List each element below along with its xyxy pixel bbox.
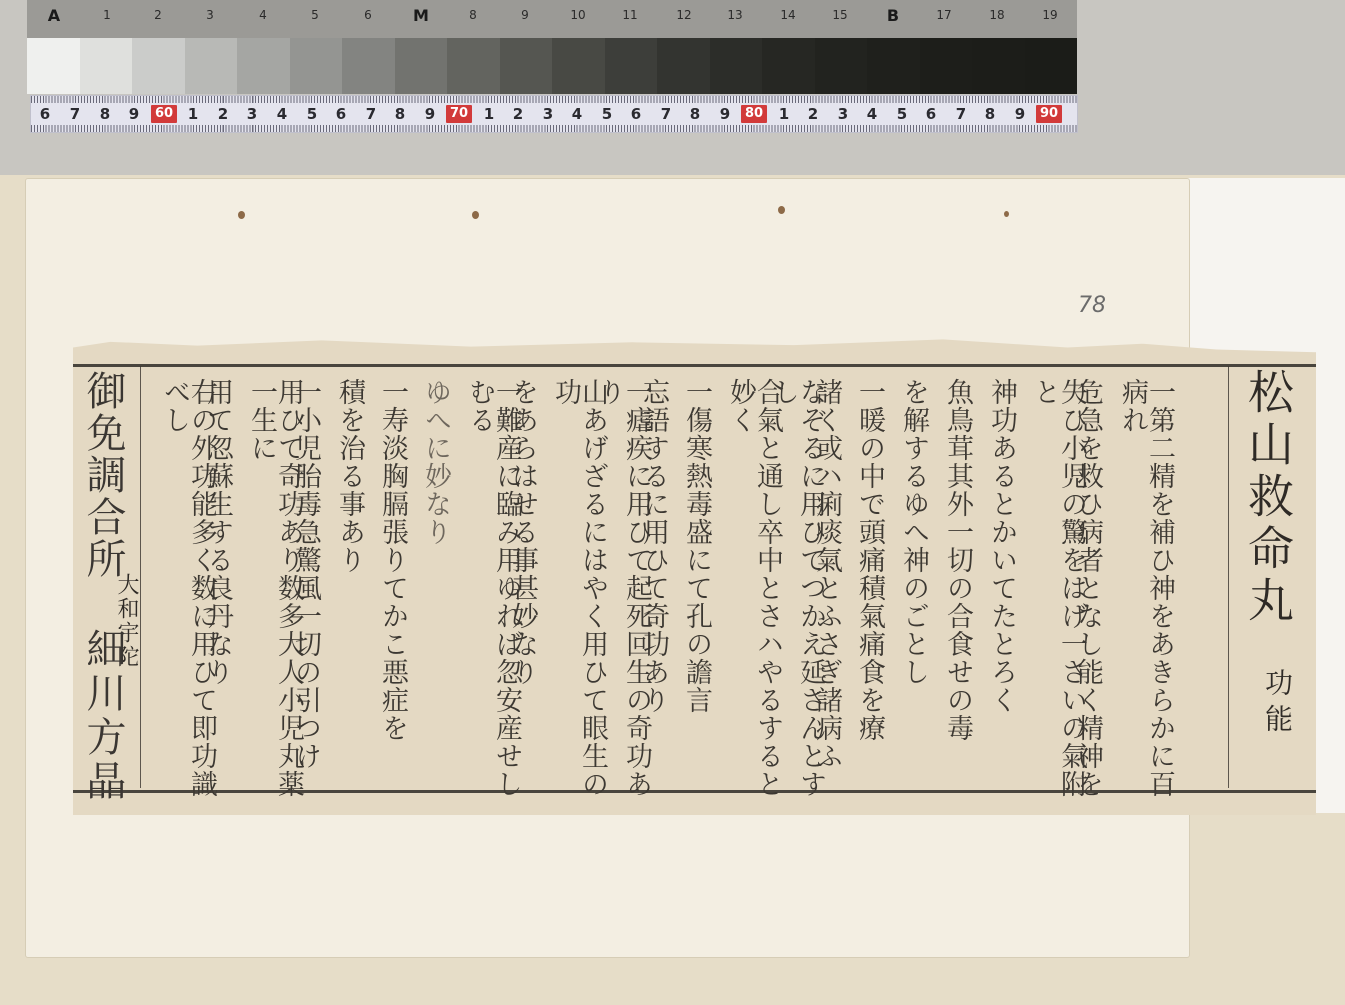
ruler-number: 7 <box>655 105 677 123</box>
gray-swatch <box>972 38 1025 94</box>
pin-hole <box>238 211 245 219</box>
ruler-number: 5 <box>301 105 323 123</box>
ruler-number: 2 <box>802 105 824 123</box>
patch-label: B <box>887 6 899 25</box>
text-column: 用ひて奇功あり数多大人小児丸薬一生に <box>248 378 302 815</box>
ruler-number: 6 <box>625 105 647 123</box>
ruler-number: 7 <box>950 105 972 123</box>
ruler-number: 8 <box>389 105 411 123</box>
ruler-number: 8 <box>979 105 1001 123</box>
gray-swatch <box>395 38 448 94</box>
ruler-number: 2 <box>507 105 529 123</box>
leaflet-subtitle: 功能 <box>1263 668 1291 740</box>
gray-swatch <box>447 38 500 94</box>
text-column: 一暖の中で頭痛積氣痛食を療 <box>856 378 883 742</box>
patch-label: 8 <box>469 8 477 22</box>
page-number: 78 <box>1078 293 1106 318</box>
text-column: 山あげざるにはやく用ひて眼生の功 <box>552 378 606 815</box>
ruler-number: 6 <box>330 105 352 123</box>
patch-label: 19 <box>1042 8 1057 22</box>
top-border-rule <box>73 364 1316 367</box>
gray-swatch <box>552 38 605 94</box>
text-column: 一第二精を補ひ神をあきらかに百病れ <box>1119 378 1173 815</box>
gray-swatch <box>80 38 133 94</box>
patch-label: 12 <box>676 8 691 22</box>
text-column: 積を治る事あり <box>336 378 363 574</box>
ruler-number: 1 <box>182 105 204 123</box>
patch-label: A <box>48 6 60 25</box>
text-column: ゆへに妙なり <box>422 378 449 546</box>
text-column: を解するゆへ神のごとし <box>900 378 927 686</box>
ruler-number: 5 <box>891 105 913 123</box>
maker-name: 細川方晶 <box>83 628 123 804</box>
ruler-number: 7 <box>64 105 86 123</box>
patch-label: 6 <box>364 8 372 22</box>
gray-swatch <box>657 38 710 94</box>
ruler-number: 1 <box>478 105 500 123</box>
text-column: 合氣と通し卒中とさハやるすると妙く <box>727 378 781 815</box>
gray-swatch <box>920 38 973 94</box>
gray-swatch <box>1025 38 1078 94</box>
pin-hole <box>1004 211 1009 217</box>
patch-label: 3 <box>206 8 214 22</box>
ruler-number: 9 <box>1009 105 1031 123</box>
gray-swatch <box>132 38 185 94</box>
gray-swatch <box>710 38 763 94</box>
gray-swatch <box>237 38 290 94</box>
ruler-number: 2 <box>212 105 234 123</box>
patch-label: 11 <box>622 8 637 22</box>
ruler-number: 6 <box>920 105 942 123</box>
gray-swatch <box>27 38 80 94</box>
ruler-number: 80 <box>741 105 767 123</box>
ruler-number: 3 <box>832 105 854 123</box>
tape-measure-ruler: 678960123456789701234567898012345678990 <box>30 95 1078 133</box>
title-divider-rule <box>1228 366 1229 788</box>
ruler-number: 3 <box>537 105 559 123</box>
gray-swatch <box>290 38 343 94</box>
patch-label: 18 <box>989 8 1004 22</box>
text-column: 一難産に臨み用ゆれば忽安産せしむる <box>466 378 520 815</box>
ruler-number: 1 <box>773 105 795 123</box>
patch-label: 14 <box>780 8 795 22</box>
patch-label: 10 <box>570 8 585 22</box>
patch-label: 2 <box>154 8 162 22</box>
ruler-number: 8 <box>684 105 706 123</box>
ruler-number: 5 <box>596 105 618 123</box>
gray-swatch <box>342 38 395 94</box>
grayscale-swatch-row <box>27 38 1077 94</box>
shop-name: 御免調合所 <box>83 370 123 580</box>
text-column: 一傷寒熱毒盛にて孔の譫言 <box>683 378 710 714</box>
patch-label: 17 <box>936 8 951 22</box>
ruler-number: 4 <box>861 105 883 123</box>
gray-swatch <box>815 38 868 94</box>
pin-hole <box>472 211 479 219</box>
gray-swatch <box>605 38 658 94</box>
gray-swatch <box>762 38 815 94</box>
ruler-number: 90 <box>1036 105 1062 123</box>
text-column: 魚鳥茸其外一切の合食せの毒 <box>944 378 971 742</box>
text-column: 一寿淡胸膈張りてかこ悪症を <box>379 378 406 742</box>
color-target-card: A123456M89101112131415B171819 <box>27 0 1077 96</box>
patch-label: 15 <box>832 8 847 22</box>
ruler-number: 60 <box>151 105 177 123</box>
ruler-number: 9 <box>123 105 145 123</box>
ruler-number: 7 <box>360 105 382 123</box>
text-column: 右の外功能多く数に用ひて即功識べし <box>161 378 215 815</box>
ruler-number: 9 <box>714 105 736 123</box>
leaflet-title: 松山救命丸 <box>1245 368 1291 628</box>
printed-leaflet: 松山救命丸 功能 一第二精を補ひ神をあきらかに百病れ危急を救ひ病者となし能く精神… <box>73 338 1316 815</box>
patch-label-strip: A123456M89101112131415B171819 <box>27 0 1077 38</box>
ruler-number: 4 <box>566 105 588 123</box>
patch-label: 4 <box>259 8 267 22</box>
patch-label: 5 <box>311 8 319 22</box>
patch-label: 9 <box>521 8 529 22</box>
ruler-number: 9 <box>419 105 441 123</box>
gray-swatch <box>867 38 920 94</box>
colophon-divider-rule <box>140 366 141 788</box>
gray-swatch <box>185 38 238 94</box>
patch-label: 13 <box>727 8 742 22</box>
ruler-number: 70 <box>446 105 472 123</box>
patch-label: 1 <box>103 8 111 22</box>
patch-label: M <box>413 6 429 25</box>
ruler-number: 4 <box>271 105 293 123</box>
text-column: 失ひ小児の驚をはげ一さいの氣附と <box>1031 378 1085 815</box>
pin-hole <box>778 206 785 214</box>
text-column: 神功あるとかいてたとろく <box>988 378 1015 714</box>
ruler-number: 8 <box>94 105 116 123</box>
gray-swatch <box>500 38 553 94</box>
ruler-number: 3 <box>241 105 263 123</box>
ruler-number: 6 <box>34 105 56 123</box>
